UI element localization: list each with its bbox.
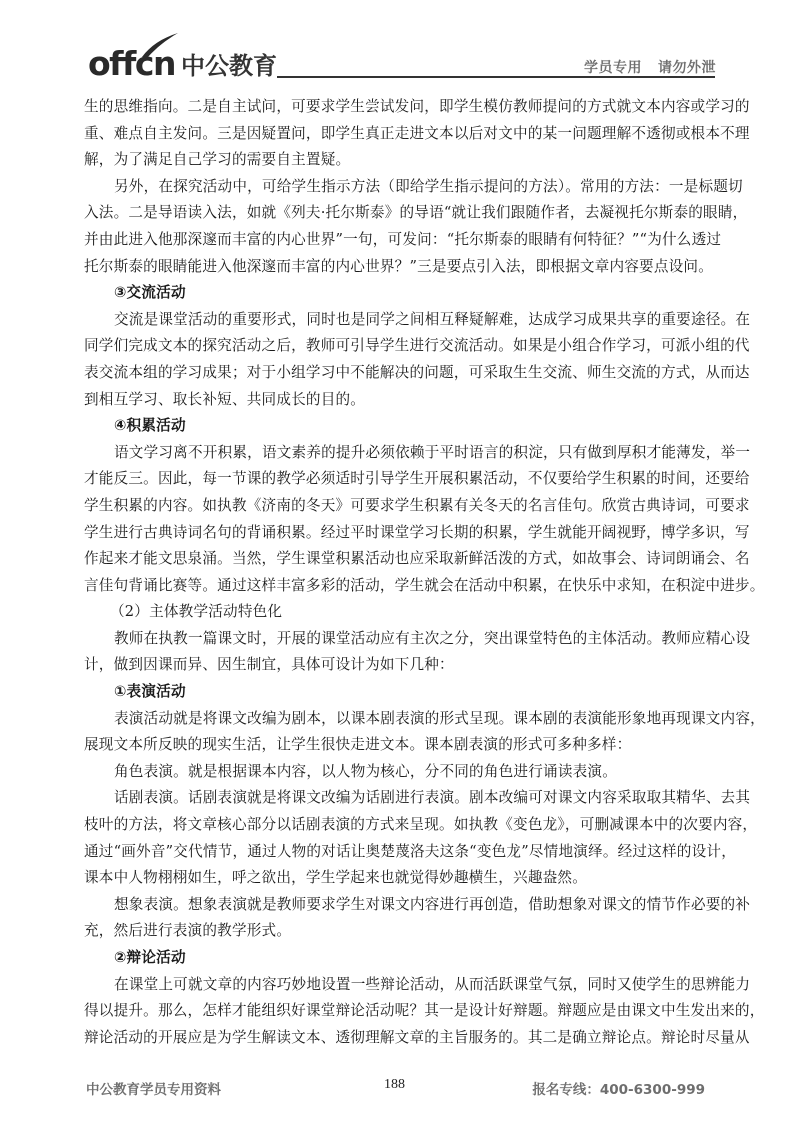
paragraph-line: 展现文本所反映的现实生活，让学生很快走进文本。课本剧表演的形式可多种多样： xyxy=(84,732,718,759)
paragraph-line: 才能反三。因此，每一节课的教学必须适时引导学生开展积累活动，不仅要给学生积累的时… xyxy=(84,466,718,493)
page-footer: 中公教育学员专用资料 188 报名专线：400-6300-999 xyxy=(0,1070,800,1100)
paragraph-line: 教师在执教一篇课文时，开展的课堂活动应有主次之分，突出课堂特色的主体活动。教师应… xyxy=(84,626,718,653)
logo-swoosh-icon xyxy=(140,32,180,58)
header-tag-no-leak: 请勿外泄 xyxy=(658,57,716,77)
footer-publisher: 中公教育学员专用资料 xyxy=(86,1078,221,1098)
paragraph-line: 计，做到因课而异、因生制宜，具体可设计为如下几种： xyxy=(84,652,718,679)
header-tag-student-only: 学员专用 xyxy=(584,57,642,77)
paragraph-line: 表演活动就是将课文改编为剧本，以课本剧表演的形式呈现。课本剧的表演能形象地再现课… xyxy=(84,706,718,733)
offcn-logo: offcn 中公教育 xyxy=(88,34,277,80)
paragraph-line: 表交流本组的学习成果；对于小组学习中不能解决的问题，可采取生生交流、师生交流的方… xyxy=(84,360,718,387)
paragraph-line: 在课堂上可就文章的内容巧妙地设置一些辩论活动，从而活跃课堂气氛，同时又使学生的思… xyxy=(84,972,718,999)
paragraph-line: 辩论活动的开展应是为学生解读文本、透彻理解文章的主旨服务的。其二是确立辩论点。辩… xyxy=(84,1025,718,1052)
paragraph-line: 语文学习离不开积累，语文素养的提升必须依赖于平时语言的积淀，只有做到厚积才能薄发… xyxy=(84,440,718,467)
paragraph-line: 想象表演。想象表演就是教师要求学生对课文内容进行再创造，借助想象对课文的情节作必… xyxy=(84,892,718,919)
paragraph-line: 托尔斯泰的眼睛能进入他深邃而丰富的内心世界？”三是要点引入法，即根据文章内容要点… xyxy=(84,254,718,281)
subsection-heading: （2）主体教学活动特色化 xyxy=(84,599,718,626)
paragraph-line: 学生进行古典诗词名句的背诵积累。经过平时课堂学习长期的积累，学生就能开阔视野，博… xyxy=(84,520,718,547)
footer-hotline: 报名专线：400-6300-999 xyxy=(532,1078,705,1098)
logo-chinese-text: 中公教育 xyxy=(181,54,277,78)
section-heading: ①表演活动 xyxy=(84,679,718,706)
header-tagline: 学员专用 请勿外泄 xyxy=(584,57,716,77)
paragraph-line: 话剧表演。话剧表演就是将课文改编为话剧进行表演。剧本改编可对课文内容采取取其精华… xyxy=(84,785,718,812)
section-heading: ④积累活动 xyxy=(84,413,718,440)
paragraph-line: 课本中人物栩栩如生，呼之欲出，学生学起来也就觉得妙趣横生，兴趣盎然。 xyxy=(84,865,718,892)
paragraph-line: 入法。二是导语读入法，如就《列夫·托尔斯泰》的导语“就让我们跟随作者，去凝视托尔… xyxy=(84,200,718,227)
paragraph-line: 充，然后进行表演的教学形式。 xyxy=(84,918,718,945)
paragraph-line: 另外，在探究活动中，可给学生指示方法（即给学生指示提问的方法）。常用的方法：一是… xyxy=(84,174,718,201)
paragraph-line: 同学们完成文本的探究活动之后，教师可引导学生进行交流活动。如果是小组合作学习，可… xyxy=(84,333,718,360)
paragraph-line: 到相互学习、取长补短、共同成长的目的。 xyxy=(84,387,718,414)
paragraph-line: 生的思维指向。二是自主试问，可要求学生尝试发问，即学生模仿教师提问的方式就文本内… xyxy=(84,94,718,121)
paragraph-line: 并由此进入他那深邃而丰富的内心世界”一句，可发问：“托尔斯泰的眼睛有何特征？”“… xyxy=(84,227,718,254)
document-body: 生的思维指向。二是自主试问，可要求学生尝试发问，即学生模仿教师提问的方式就文本内… xyxy=(84,94,718,1051)
paragraph-line: 作起来才能文思泉涌。当然，学生课堂积累活动也应采取新鲜活泼的方式，如故事会、诗词… xyxy=(84,546,718,573)
paragraph-line: 通过“画外音”交代情节，通过人物的对话让奥楚蔑洛夫这条“变色龙”尽情地演绎。经过… xyxy=(84,839,718,866)
paragraph-line: 解，为了满足自己学习的需要自主置疑。 xyxy=(84,147,718,174)
paragraph-line: 得以提升。那么，怎样才能组织好课堂辩论活动呢？其一是设计好辩题。辩题应是由课文中… xyxy=(84,998,718,1025)
paragraph-line: 枝叶的方法，将文章核心部分以话剧表演的方式来呈现。如执教《变色龙》，可删减课本中… xyxy=(84,812,718,839)
paragraph-line: 学生积累的内容。如执教《济南的冬天》可要求学生积累有关冬天的名言佳句。欣赏古典诗… xyxy=(84,493,718,520)
paragraph-line: 角色表演。就是根据课本内容，以人物为核心，分不同的角色进行诵读表演。 xyxy=(84,759,718,786)
section-heading: ③交流活动 xyxy=(84,280,718,307)
paragraph-line: 交流是课堂活动的重要形式，同时也是同学之间相互释疑解难，达成学习成果共享的重要途… xyxy=(84,307,718,334)
page-number: 188 xyxy=(384,1077,405,1093)
paragraph-line: 重、难点自主发问。三是因疑置问，即学生真正走进文本以后对文中的某一问题理解不透彻… xyxy=(84,121,718,148)
page-header: offcn 中公教育 学员专用 请勿外泄 xyxy=(0,0,800,90)
paragraph-line: 言佳句背诵比赛等。通过这样丰富多彩的活动，学生就会在活动中积累，在快乐中求知，在… xyxy=(84,573,718,600)
section-heading: ②辩论活动 xyxy=(84,945,718,972)
